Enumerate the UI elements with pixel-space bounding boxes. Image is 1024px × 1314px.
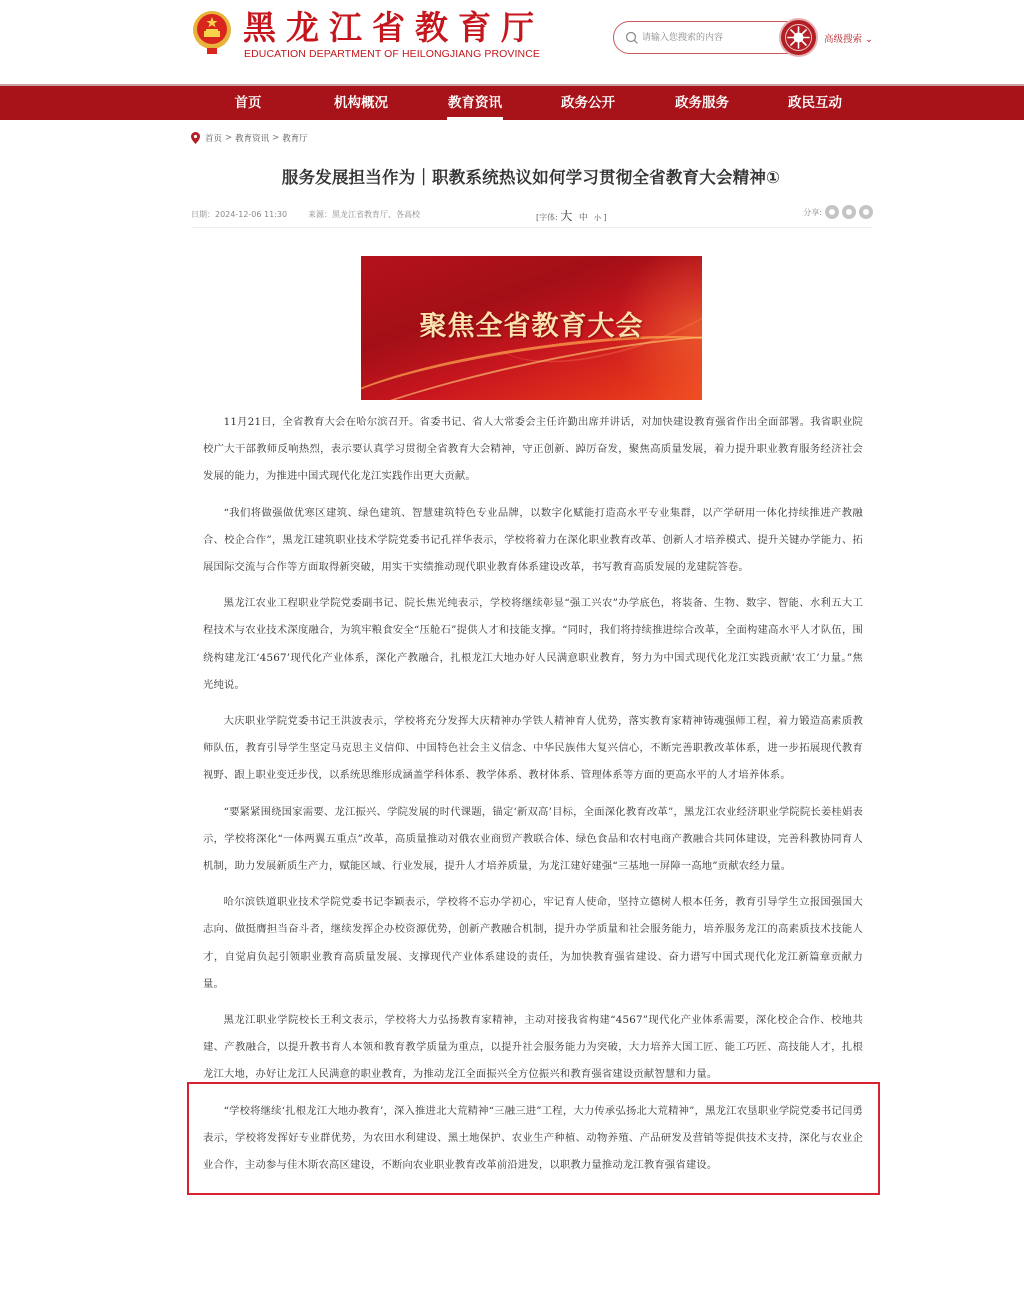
article-paragraph: “学校将继续‘扎根龙江大地办教育’，深入推进北大荒精神“三融三进”工程，大力传承… <box>203 1098 863 1180</box>
font-size-small-button[interactable]: 小 <box>594 214 601 222</box>
search-icon <box>625 31 639 45</box>
wechat-icon[interactable] <box>825 205 839 219</box>
article-paragraph: “我们将做强做优寒区建筑、绿色建筑、智慧建筑特色专业品牌，以数字化赋能打造高水平… <box>203 500 863 582</box>
article-meta: 日期：2024-12-06 11:30 来源：黑龙江省教育厅、各高校 [字体: … <box>191 206 873 228</box>
font-size-medium-button[interactable]: 中 <box>579 213 588 223</box>
nav-item-education-news[interactable]: 教育资讯 <box>435 86 515 120</box>
nav-item-government-affairs[interactable]: 政务公开 <box>548 86 628 120</box>
banner-title: 聚焦全省教育大会 <box>361 304 702 343</box>
article-title: 服务发展担当作为｜职教系统热议如何学习贯彻全省教育大会精神① <box>190 164 872 188</box>
location-pin-icon <box>191 132 200 144</box>
site-logo-text[interactable]: 黑龙江省教育厅 <box>243 8 544 48</box>
nav-item-government-services[interactable]: 政务服务 <box>662 86 742 120</box>
advanced-search-dropdown[interactable]: 高级搜索 ⌄ <box>824 31 873 45</box>
site-logo-subtitle: EDUCATION DEPARTMENT OF HEILONGJIANG PRO… <box>244 48 540 60</box>
font-size-large-button[interactable]: 大 <box>560 209 572 223</box>
snowflake-emblem-icon <box>781 20 816 55</box>
nav-item-organization[interactable]: 机构概况 <box>321 86 401 120</box>
national-emblem-icon <box>191 10 233 56</box>
breadcrumb-education-news[interactable]: 教育资讯 <box>235 132 269 144</box>
article-paragraph: 黑龙江农业工程职业学院党委副书记、院长焦光纯表示，学校将继续彰显“强工兴农”办学… <box>203 590 863 699</box>
article-paragraph: 大庆职业学院党委书记王洪波表示，学校将充分发挥大庆精神办学铁人精神育人优势，落实… <box>203 708 863 790</box>
breadcrumb-department[interactable]: 教育厅 <box>282 132 308 144</box>
search-input[interactable] <box>642 29 782 47</box>
search-submit-button[interactable] <box>779 18 818 57</box>
font-size-switcher: [字体: 大 中 小 ] <box>536 207 607 224</box>
article-body: 11月21日，全省教育大会在哈尔滨召开。省委书记、省人大常委会主任许勤出席并讲话… <box>203 409 863 1188</box>
share-bar: 分享: <box>803 205 873 219</box>
breadcrumb: 首页 > 教育资讯 > 教育厅 <box>191 132 308 144</box>
article-paragraph: “要紧紧围绕国家需要、龙江振兴、学院发展的时代课题，锚定‘新双高’目标，全面深化… <box>203 799 863 881</box>
font-size-label: [字体: <box>536 213 558 222</box>
share-label: 分享: <box>803 207 822 218</box>
breadcrumb-home[interactable]: 首页 <box>205 132 222 144</box>
qzone-icon[interactable] <box>859 205 873 219</box>
article-paragraph-highlighted: 黑龙江职业学院校长王利文表示，学校将大力弘扬教育家精神，主动对接我省构建“456… <box>203 1007 863 1089</box>
main-nav: 首页 机构概况 教育资讯 政务公开 政务服务 政民互动 <box>0 84 1024 120</box>
weibo-icon[interactable] <box>842 205 856 219</box>
breadcrumb-separator: > <box>225 133 232 143</box>
article-source: 来源：黑龙江省教育厅、各高校 <box>308 209 420 220</box>
font-size-label-close: ] <box>604 213 607 222</box>
article-paragraph: 哈尔滨铁道职业技术学院党委书记李颖表示，学校将不忘办学初心，牢记育人使命，坚持立… <box>203 889 863 998</box>
article-paragraph: 11月21日，全省教育大会在哈尔滨召开。省委书记、省人大常委会主任许勤出席并讲话… <box>203 409 863 491</box>
nav-item-public-interaction[interactable]: 政民互动 <box>775 86 855 120</box>
breadcrumb-separator: > <box>272 133 279 143</box>
site-header: 黑龙江省教育厅 EDUCATION DEPARTMENT OF HEILONGJ… <box>0 0 1024 84</box>
article-date: 日期：2024-12-06 11:30 <box>191 209 287 220</box>
nav-item-home[interactable]: 首页 <box>208 86 288 120</box>
article-banner-image: 聚焦全省教育大会 <box>361 256 702 400</box>
